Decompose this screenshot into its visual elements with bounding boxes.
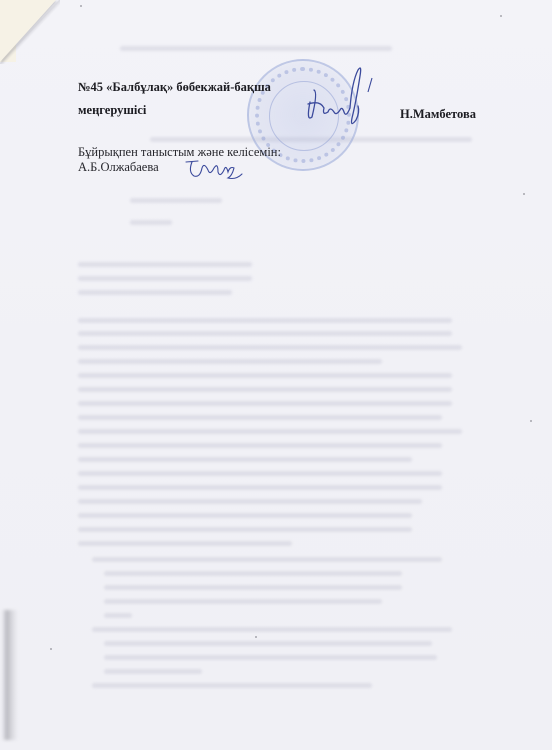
acknowledgement-statement: Бұйрықпен таныстым және келісемін: (78, 145, 281, 160)
scan-speck (80, 5, 82, 7)
position-title: меңгерушісі (78, 103, 146, 118)
scan-speck (255, 636, 257, 638)
scan-speck (523, 193, 525, 195)
head-signature (300, 62, 380, 132)
folded-corner-edge (0, 0, 60, 64)
organization-title: №45 «Балбұлақ» бөбекжай-бақша (78, 80, 271, 95)
scan-artifact-streak (2, 610, 18, 740)
acknowledgement-signature (184, 158, 244, 182)
scan-speck (500, 15, 502, 17)
scan-speck (50, 648, 52, 650)
head-name: Н.Мамбетова (400, 107, 476, 122)
scanned-page: №45 «Балбұлақ» бөбекжай-бақша меңгерушіс… (0, 0, 552, 750)
scan-speck (530, 420, 532, 422)
acknowledging-person-name: А.Б.Олжабаева (78, 160, 159, 175)
